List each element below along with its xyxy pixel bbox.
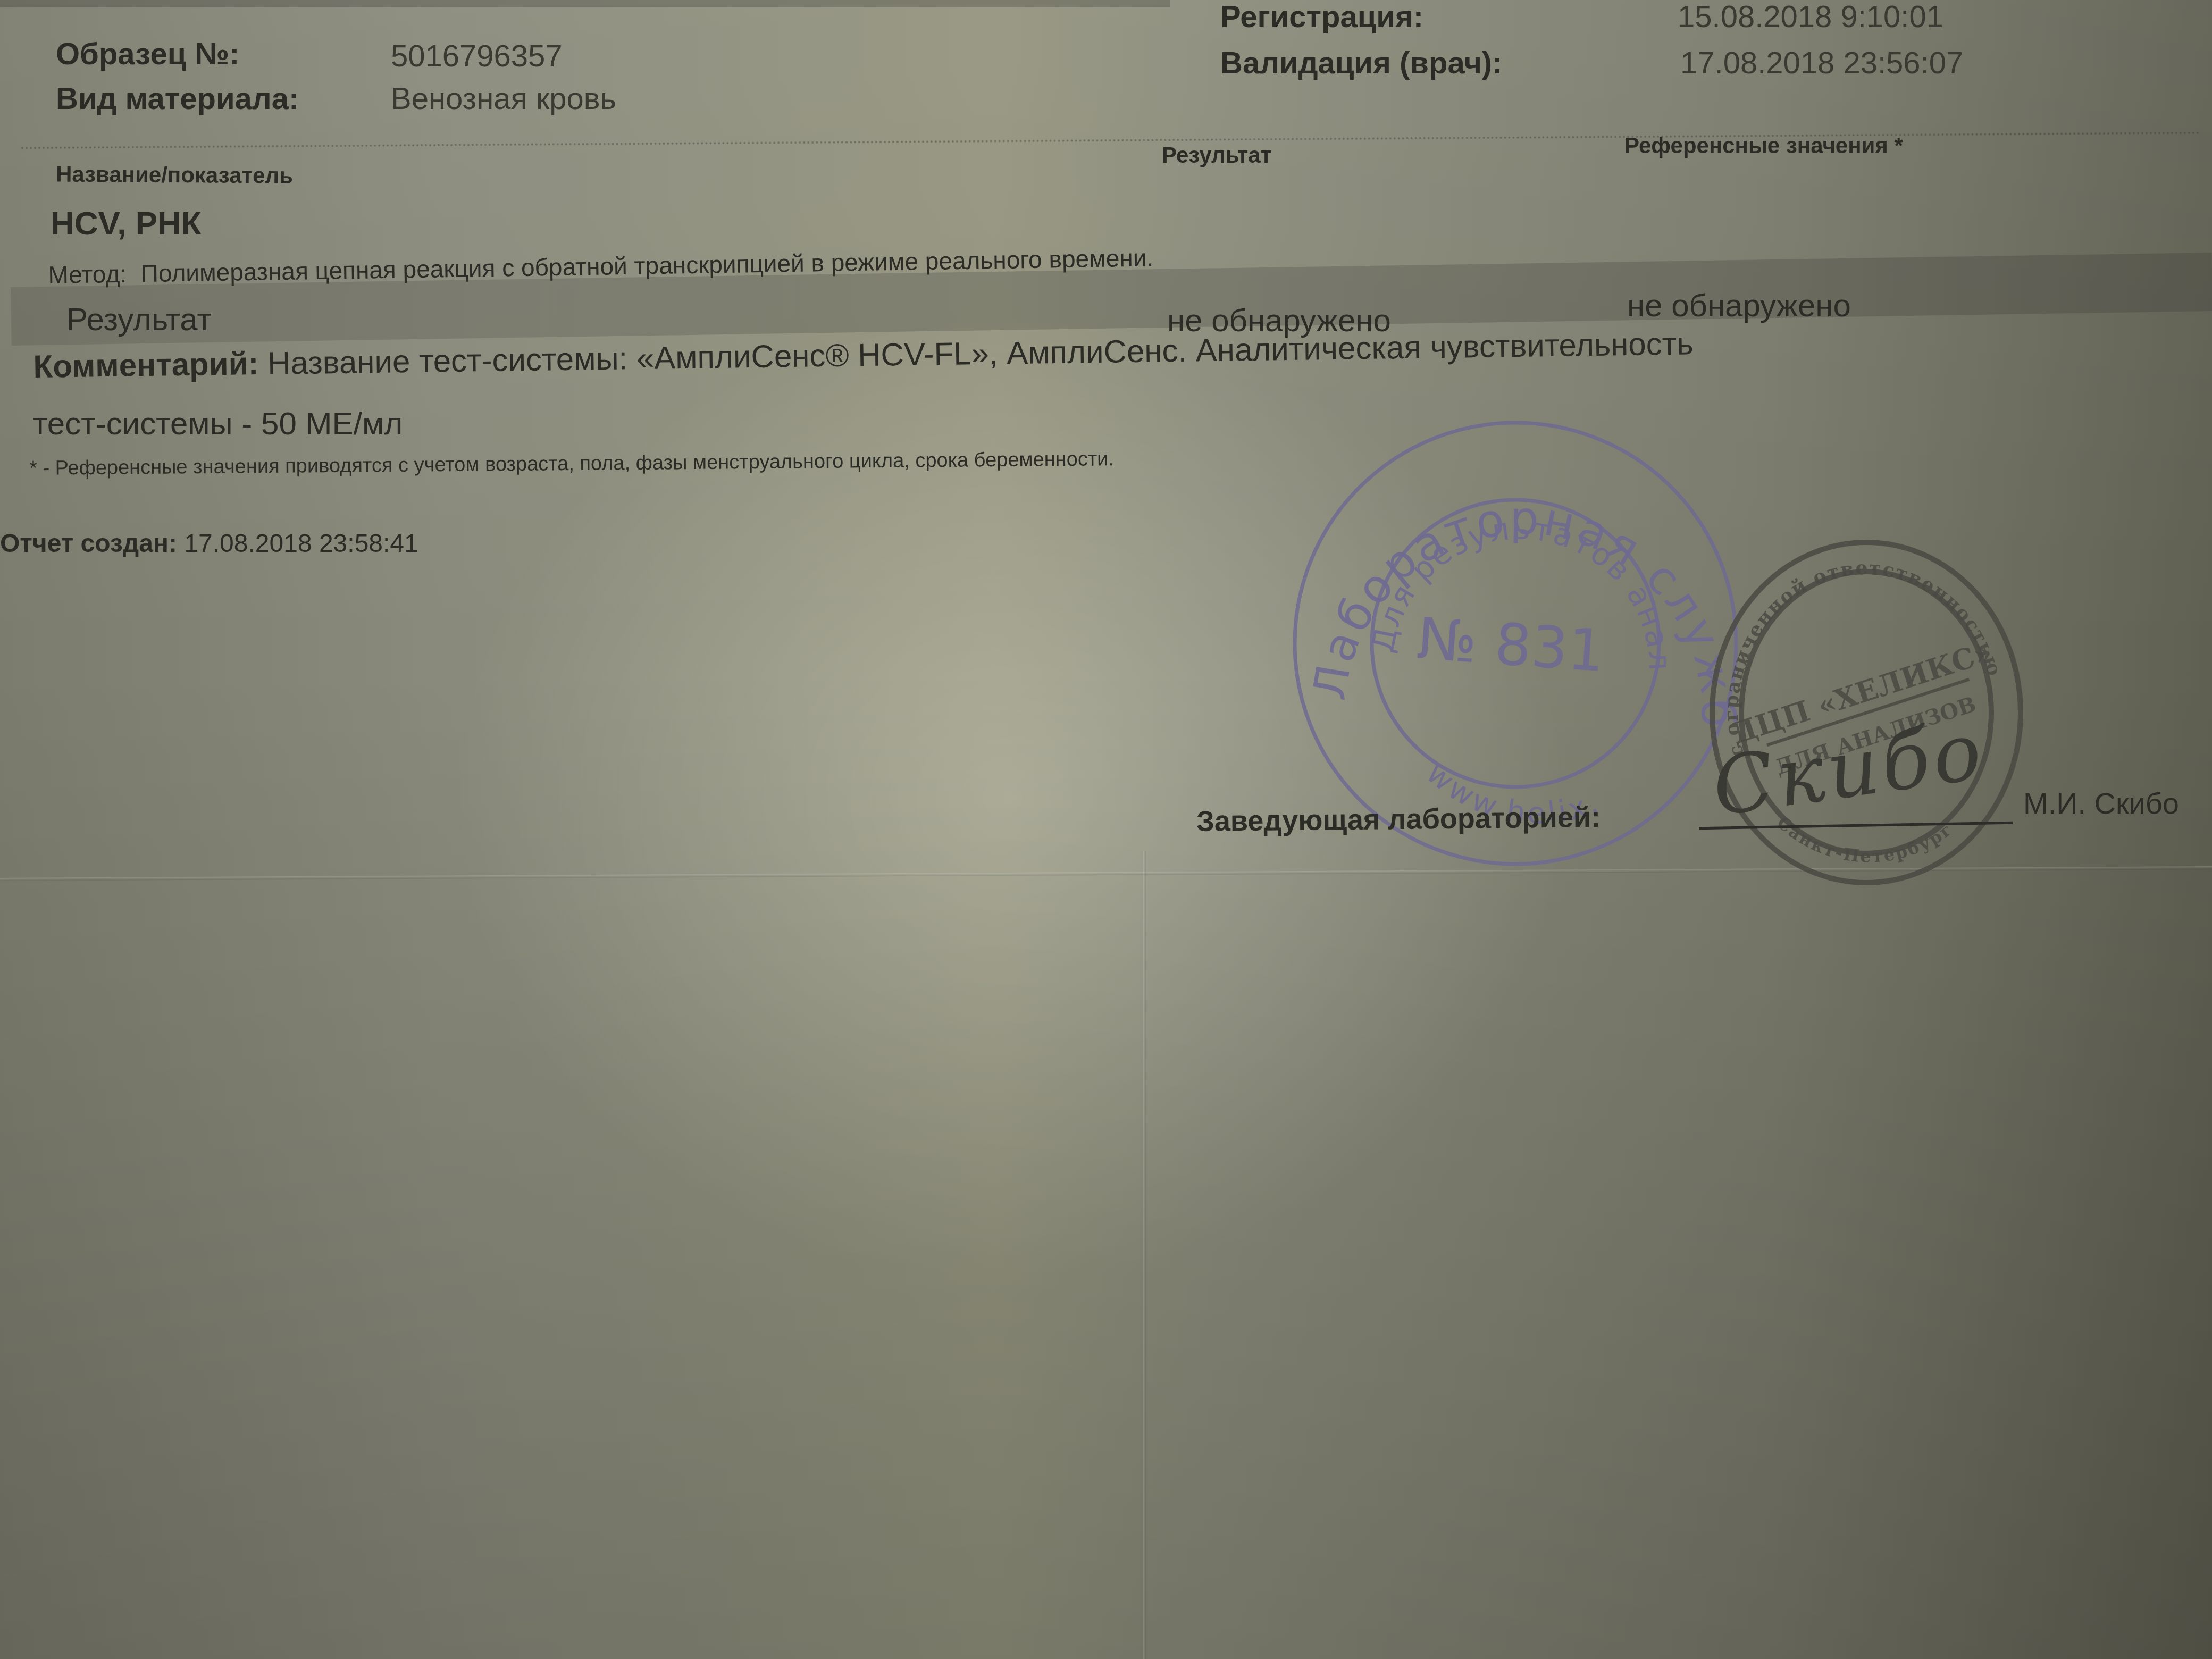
- result-name: Результат: [66, 301, 212, 338]
- column-header-reference: Референсные значения *: [1624, 133, 1903, 158]
- column-header-result: Результат: [1162, 143, 1271, 168]
- validation-value: 17.08.2018 23:56:07: [1680, 45, 1963, 81]
- method-label: Метод:: [48, 260, 127, 289]
- sample-value: 5016796357: [391, 38, 563, 74]
- paper-top-fold-shadow: [0, 0, 1170, 7]
- footnote: * - Референсные значения приводятся с уч…: [29, 448, 1114, 480]
- stamp-number: № 831: [1415, 606, 1607, 685]
- reference-value: не обнаружено: [1627, 287, 1851, 324]
- svg-text:Лабораторная служба Хеликс: Лабораторная служба Хеликс: [1276, 404, 1744, 731]
- material-label: Вид материала:: [56, 81, 299, 116]
- comment-text-2: тест-системы - 50 МЕ/мл: [33, 405, 403, 442]
- sample-label: Образец №:: [56, 36, 239, 72]
- organization-round-stamp: с ограниченной ответственностью Санкт-Пе…: [1686, 526, 2047, 888]
- comment-label: Комментарий:: [33, 346, 259, 384]
- document-paper: Образец №: 5016796357 Вид материала: Вен…: [0, 0, 2212, 1659]
- material-value: Венозная кровь: [391, 81, 616, 116]
- report-created-label: Отчет создан:: [0, 530, 177, 558]
- signature-role-label: Заведующая лабораторией:: [1196, 801, 1601, 838]
- test-title: HCV, РНК: [51, 205, 202, 242]
- paper-vertical-fold: [1143, 851, 1146, 1659]
- report-created-line: Отчет создан: 17.08.2018 23:58:41: [0, 529, 418, 558]
- registration-label: Регистрация:: [1220, 0, 1423, 35]
- signatory-name: М.И. Скибо: [2023, 786, 2179, 820]
- column-header-name: Название/показатель: [56, 161, 293, 188]
- registration-value: 15.08.2018 9:10:01: [1678, 0, 1943, 35]
- report-created-value: 17.08.2018 23:58:41: [184, 530, 418, 558]
- stamp-outer-text: Лабораторная служба Хеликс: [1276, 404, 1744, 731]
- validation-label: Валидация (врач):: [1220, 45, 1503, 81]
